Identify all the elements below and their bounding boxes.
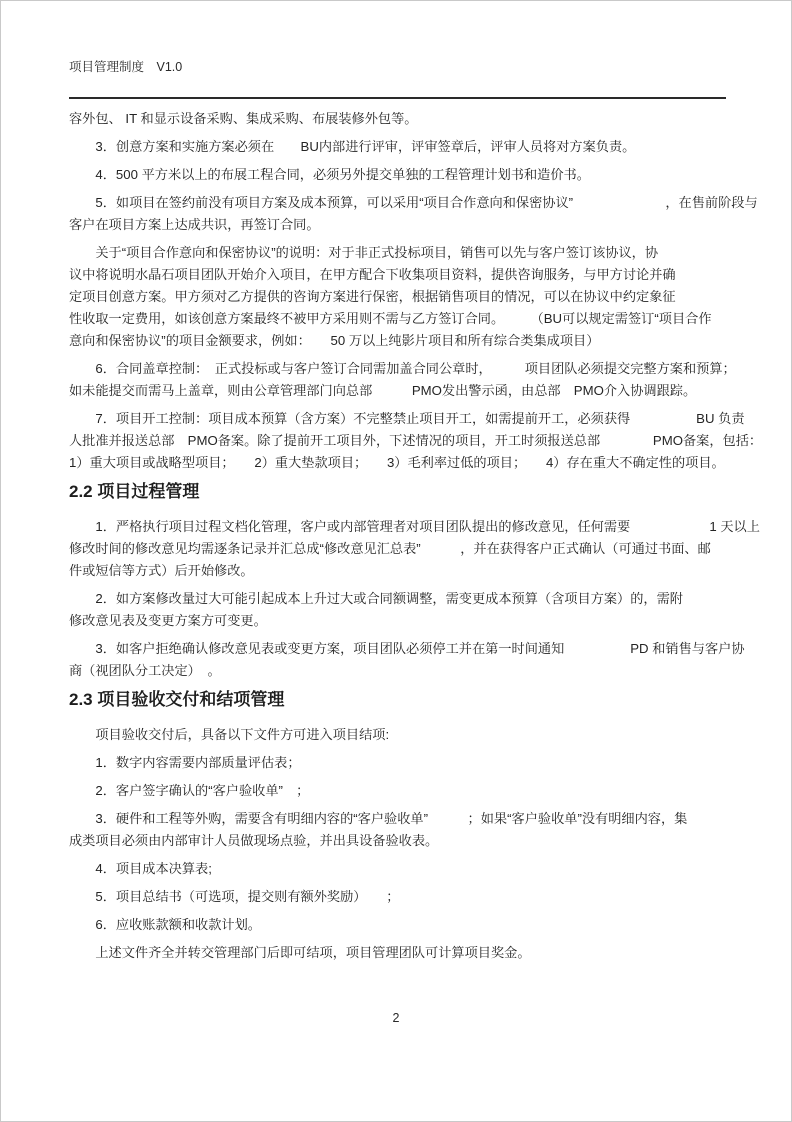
page-number: 2 — [1, 1011, 791, 1025]
paragraph-closure-item-6: 6．应收账款额和收款计划。 — [69, 914, 729, 936]
header-divider — [69, 97, 726, 99]
paragraph-process-item-1: 1．严格执行项目过程文档化管理，客户或内部管理者对项目团队提出的修改意见，任何需… — [69, 516, 729, 582]
page-header-title: 项目管理制度 V1.0 — [69, 57, 725, 75]
paragraph-nda-explanation: 关于“项目合作意向和保密协议”的说明：对于非正式投标项目，销售可以先与客户签订该… — [69, 242, 729, 352]
paragraph-item-4-exhibition-500sqm: 4．500 平方米以上的布展工程合同，必须另外提交单独的工程管理计划书和造价书。 — [69, 164, 729, 186]
paragraph-item-3-creative-review: 3．创意方案和实施方案必须在 BU内部进行评审，评审签章后，评审人员将对方案负责… — [69, 136, 729, 158]
paragraph-closure-item-5: 5．项目总结书（可选项，提交则有额外奖励） ； — [69, 886, 729, 908]
document-body: 容外包、 IT 和显示设备采购、集成采购、布展装修外包等。 3．创意方案和实施方… — [69, 108, 729, 970]
document-page: 项目管理制度 V1.0 容外包、 IT 和显示设备采购、集成采购、布展装修外包等… — [0, 0, 792, 1122]
paragraph-process-item-2: 2．如方案修改量过大可能引起成本上升过大或合同额调整，需变更成本预算（含项目方案… — [69, 588, 729, 632]
paragraph-process-item-3: 3．如客户拒绝确认修改意见表或变更方案，项目团队必须停工并在第一时间通知 PD … — [69, 638, 729, 682]
paragraph-closure-item-4: 4．项目成本决算表; — [69, 858, 729, 880]
section-heading-2-3: 2.3 项目验收交付和结项管理 — [69, 688, 729, 712]
paragraph-item-7-project-start: 7．项目开工控制：项目成本预算（含方案）不完整禁止项目开工，如需提前开工，必须获… — [69, 408, 729, 474]
paragraph-item-5-cooperation-nda: 5．如项目在签约前没有项目方案及成本预算，可以采用“项目合作意向和保密协议” ，… — [69, 192, 729, 236]
paragraph-closure-item-2: 2．客户签字确认的“客户验收单” ； — [69, 780, 729, 802]
paragraph-closure-intro: 项目验收交付后，具备以下文件方可进入项目结项: — [69, 724, 729, 746]
paragraph-closure-final: 上述文件齐全并转交管理部门后即可结项，项目管理团队可计算项目奖金。 — [69, 942, 729, 964]
paragraph-item-6-contract-seal: 6．合同盖章控制： 正式投标或与客户签订合同需加盖合同公章时， 项目团队必须提交… — [69, 358, 729, 402]
paragraph-closure-item-1: 1．数字内容需要内部质量评估表； — [69, 752, 729, 774]
paragraph-closure-item-3: 3．硬件和工程等外购，需要含有明细内容的“客户验收单” ；如果“客户验收单”没有… — [69, 808, 729, 852]
section-heading-2-2: 2.2 项目过程管理 — [69, 480, 729, 504]
paragraph-outsourcing-continuation: 容外包、 IT 和显示设备采购、集成采购、布展装修外包等。 — [69, 108, 729, 130]
